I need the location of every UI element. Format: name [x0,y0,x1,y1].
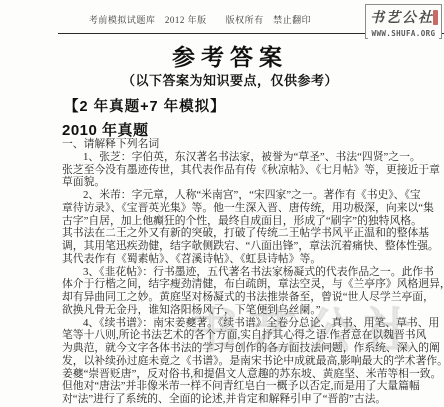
body-line: 古字”自居，加上他癫狂的个性，最终自成面目，形成了“刷字”的独特风格。 [62,215,408,228]
body-line: 调，其用笔迅疾劲健，结字欹侧跌宕、“八面出锋”，章法沉着痛快、整体性强。 [62,240,408,253]
body-line: 对“法”进行了系统的、全面的论述,并肯定和解释引申了“晋韵”古法。 [62,393,408,406]
body-line: 其代表作有《蜀素帖》、《苕溪诗帖》、《虹县诗帖》等。 [62,253,408,266]
body-line: 章待访录》、《宝晋英光集》等。他一生深入晋、唐传统，用功极深，向来以“集 [62,202,408,215]
body-line: 1、张芝：字伯英，东汉著名书法家，被誉为“草圣”、书法“四贤”之一。 [62,151,408,164]
body-line: 张芝至今没有墨迹传世，其代表作品有传《秋凉帖》、《七月帖》等，更接近于章 [62,164,408,177]
shufa-logo: 书艺公社 WWW.SHUFA.ORG [365,4,442,39]
subtitle: （以下答案为知识要点，仅供参考） [0,70,444,89]
body-line: 姜夔“崇晋贬唐”，反对俗书,和提倡文人意趣的苏东坡、黄庭坚、米芾等相一致。 [62,368,408,381]
logo-calligraphy-text: 书艺公社 [370,7,431,27]
section-heading: 【2 年真题+7 年模拟】 [64,95,226,116]
body-line: 为典范，就今文字各体书法的学习与创作的各方面技法问题，作系统、深入的阐 [62,342,408,355]
body-line: 3、《韭花帖》：行书墨迹，五代著名书法家杨凝式的代表作品之一。此作书 [62,266,408,279]
body-line: 2、米芾：字元章，人称“米南宫”，“宋四家”之一。著作有《书史》、《宝 [62,189,408,202]
document-page: 考前模拟试题库 2012 年版 版权所有 禁止翻印 书艺公社 WWW.SHUFA… [0,0,444,407]
body-line: 发，以补续孙过庭未竟之《书谱》。是南宋书论中成就最高,影响最大的学术著作。 [62,355,408,368]
header-meta-line: 考前模拟试题库 2012 年版 版权所有 禁止翻印 [0,13,400,26]
body-line: 草面貌。 [62,176,408,189]
body-line: 但他对“唐法”并非像米芾一样不问青红皂白一概予以否定,而是用了大量篇幅 [62,380,408,393]
body-line: 笔等十八则,所论书法艺术的各个方面,实自抒其心得之语.作者意在以魏晋书风 [62,329,408,342]
page-title: 参考答案 [0,39,444,72]
logo-url-text: WWW.SHUFA.ORG [368,29,439,39]
body-line: 一、请解释下列名词 [62,138,408,151]
body-line: 欲换凡骨无金丹，谁知洛阳杨风子，下笔便到乌丝阑。” [62,304,408,317]
red-seal-icon [433,10,438,25]
answer-text: 一、请解释下列名词1、张芝：字伯英，东汉著名书法家，被誉为“草圣”、书法“四贤”… [62,138,408,406]
body-line: 却有异曲同工之妙。黄庭坚对杨凝式的书法推崇备至，曾说“世人尽学兰亭面， [62,291,408,304]
body-line: 体介于行楷之间，结字瘦劲清健，布白疏朗，章法空灵，与《兰亭序》风格迥异， [62,278,408,291]
body-line: 4、《续书谱》：南宋姜夔著。《续书谱》全卷分总论、真书、用笔、草书、用 [62,317,408,330]
body-line: 其书法在二王之外又有新的突破，打破了传统二王帖学书风平正温和的整体基 [62,227,408,240]
year-heading: 2010 年真题 [62,119,149,140]
